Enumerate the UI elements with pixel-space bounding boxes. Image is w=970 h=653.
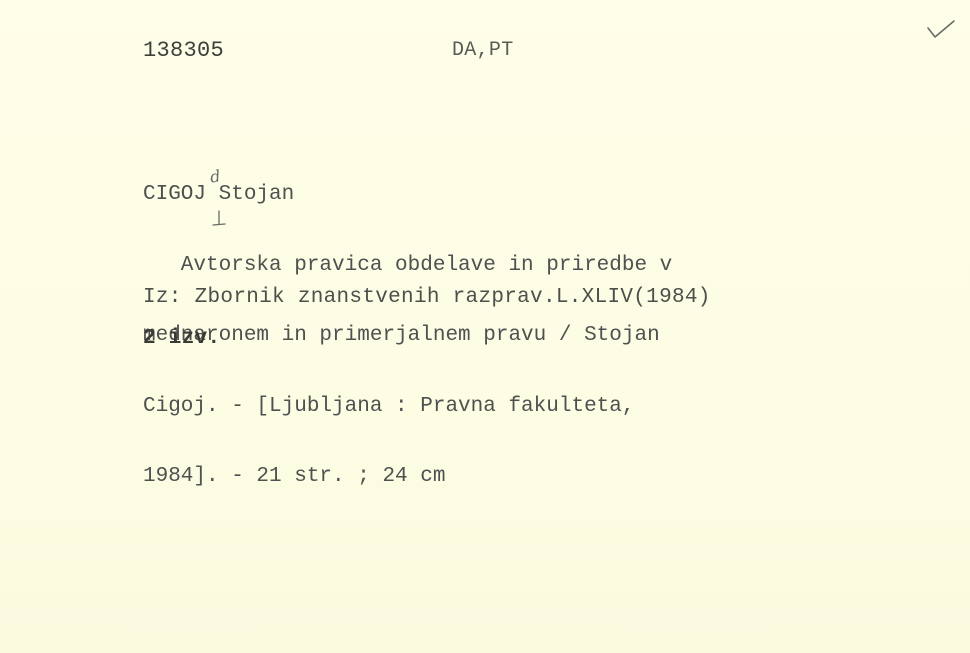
entry-title-line-3: Cigoj. - [Ljubljana : Pravna fakulteta, [143,395,672,419]
entry-title-line-1: Avtorska pravica obdelave in priredbe v [143,254,672,278]
catalog-card: 138305 DA,PT CIGOJ Stojan Avtorska pravi… [0,0,970,653]
location-codes: DA,PT [452,40,514,62]
accession-number: 138305 [143,40,224,62]
check-mark-icon [926,18,956,40]
entry-title-line-4: 1984]. - 21 str. ; 24 cm [143,465,672,489]
correction-mark-icon [212,210,226,230]
entry-title-line-2: mednaronem in primerjalnem pravu / Stoja… [143,324,672,348]
copies-count: 2 izv. [143,328,220,350]
source-note: Iz: Zbornik znanstvenih razprav.L.XLIV(1… [143,287,711,309]
entry-heading: CIGOJ Stojan [143,183,672,207]
bibliographic-entry: CIGOJ Stojan Avtorska pravica obdelave i… [143,136,672,536]
